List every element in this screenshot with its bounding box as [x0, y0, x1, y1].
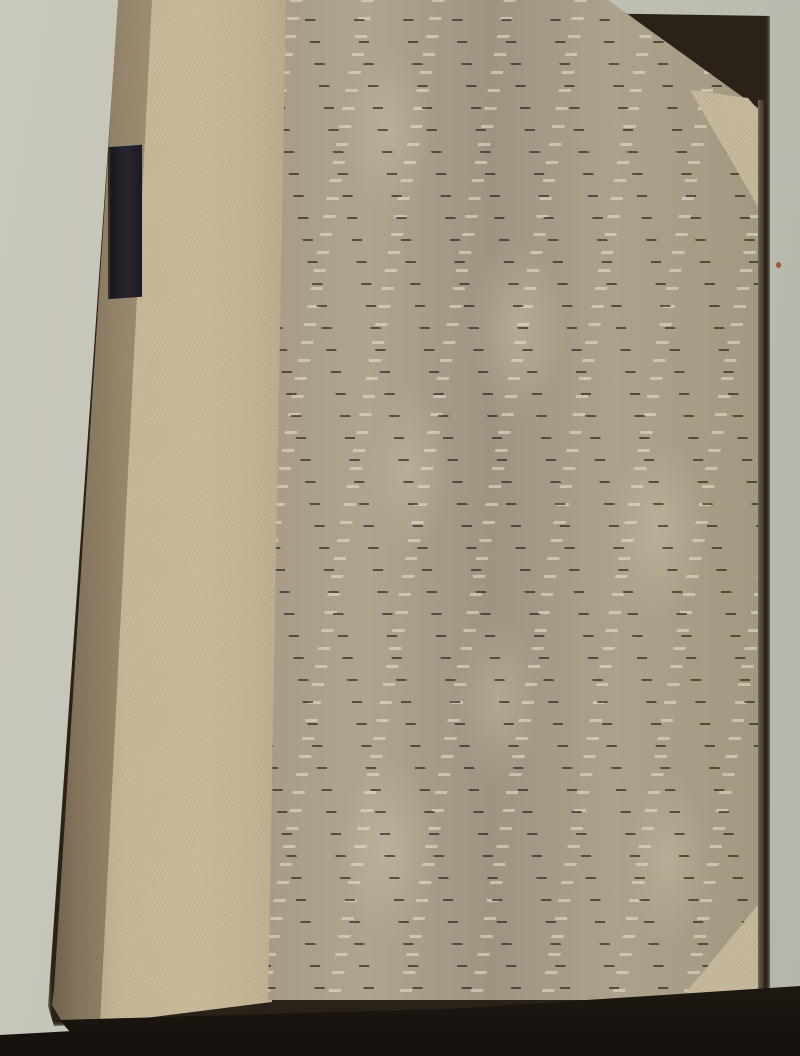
board-right-edge — [758, 100, 764, 1000]
cover-pattern-dark-marks — [268, 0, 763, 1000]
small-stain-dot — [776, 262, 781, 268]
book-photo — [0, 0, 800, 1056]
spine-label — [108, 145, 142, 299]
